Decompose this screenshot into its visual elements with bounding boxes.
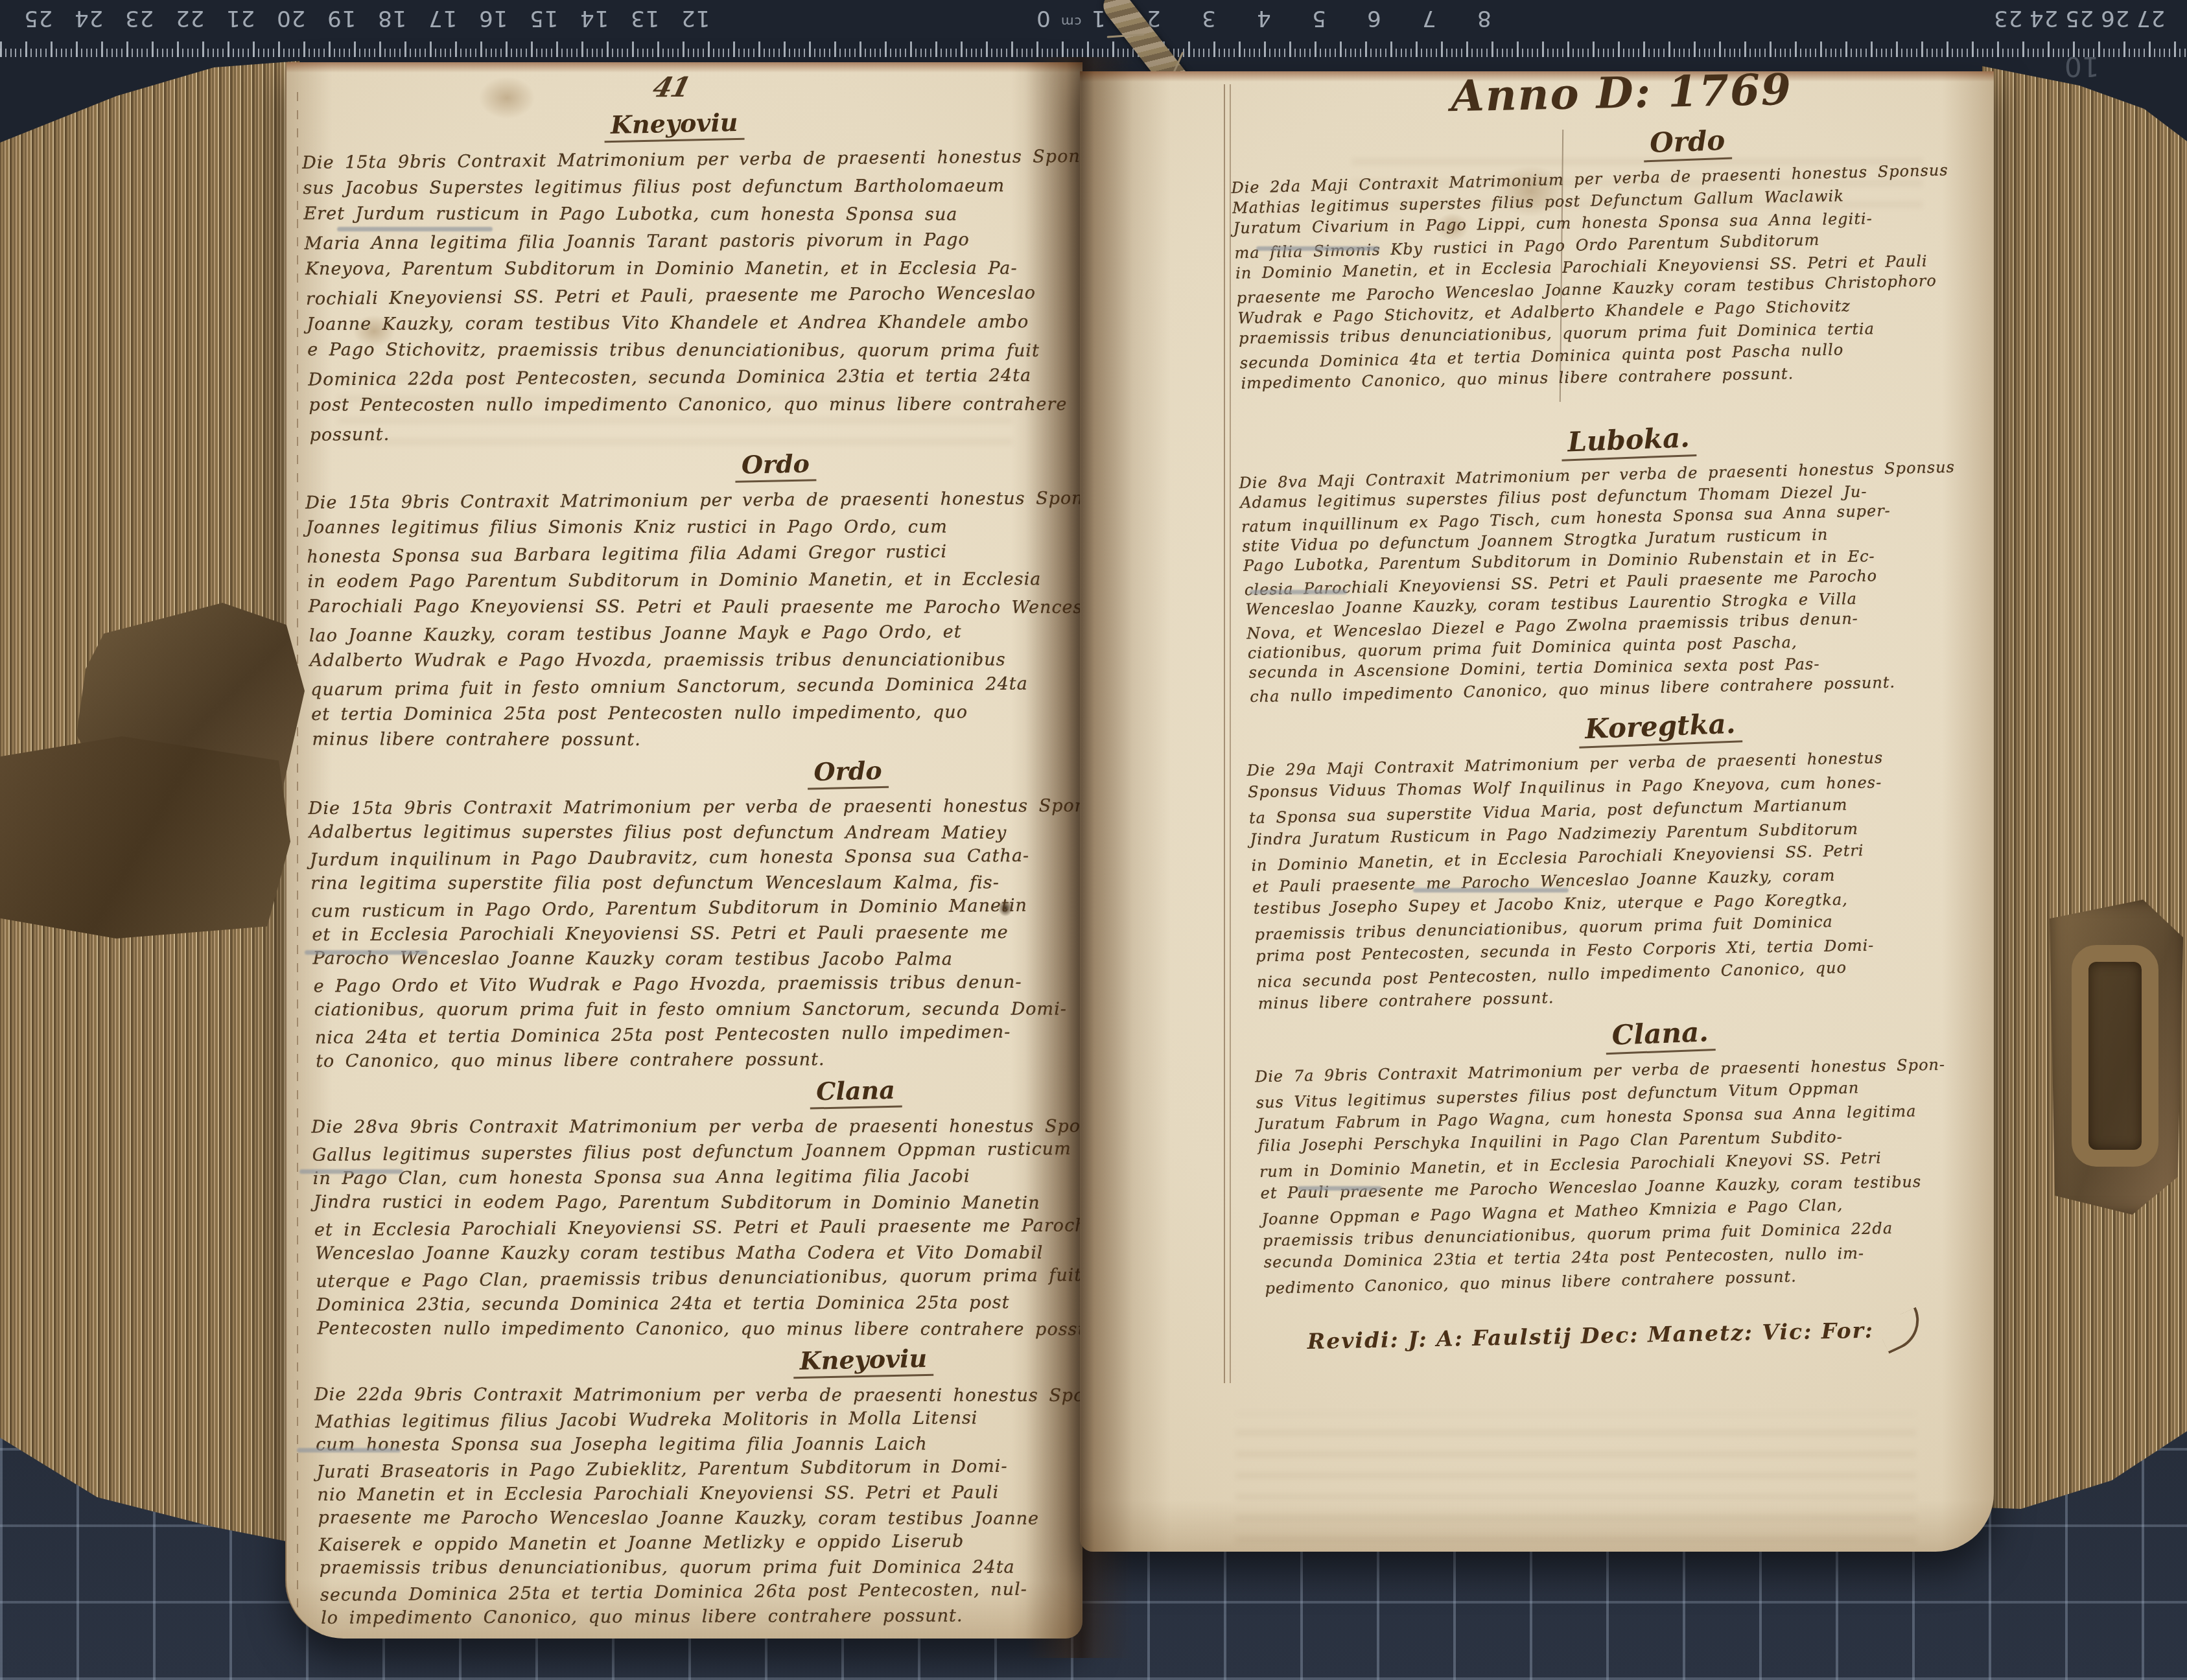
register-entry: OrdoDie 15ta 9bris Contraxit Matrimonium… (309, 756, 1066, 1074)
manuscript-line: nica 24ta et tertia Dominica 25ta post P… (315, 1019, 1071, 1051)
left-page-content: 41 KneyoviuDie 15ta 9bris Contraxit Matr… (306, 70, 1067, 1631)
ruler-number: 23 (1993, 5, 2022, 31)
manuscript-line: praesente me Parocho Wenceslao Joanne Ka… (318, 1506, 1074, 1532)
section-heading: Kneyoviu (793, 1344, 933, 1379)
manuscript-line: cum honesta Sponsa sua Josepha legitima … (316, 1432, 1071, 1457)
pencil-underline (299, 1169, 403, 1174)
manuscript-line: ciationibus, quorum prima fuit in festo … (314, 996, 1070, 1022)
ruler-number: 8 (1477, 5, 1491, 31)
section-heading: Clana. (1604, 1016, 1715, 1055)
ruler-number: 21 (226, 5, 255, 31)
ruler-number: 25 (2064, 5, 2094, 31)
section-heading: Clana (810, 1075, 902, 1110)
ruler-number: 25 (23, 5, 53, 31)
pencil-underline (297, 1448, 401, 1452)
register-entry: KneyoviuDie 15ta 9bris Contraxit Matrimo… (306, 108, 1063, 447)
manuscript-line: praemissis tribus denunciationibus, quor… (320, 1555, 1075, 1580)
ruler-number: 0 (1036, 5, 1051, 31)
manuscript-line: honesta Sponsa sua Barbara legitima fili… (307, 537, 1062, 570)
manuscript-line: possunt. (310, 415, 1066, 449)
manuscript-line: Parochiali Pago Kneyoviensi SS. Petri et… (309, 593, 1064, 621)
section-heading-row: Kneyoviu (306, 108, 1062, 143)
leather-strap (0, 736, 290, 939)
section-heading: Kneyoviu (603, 108, 744, 143)
ruler-number: 4 (1256, 5, 1271, 31)
pencil-underline (337, 227, 493, 231)
register-entry: KneyoviuDie 22da 9bris Contraxit Matrimo… (310, 1344, 1068, 1631)
photo-scanning-table: 2524232221201918171615141312012345678cm2… (0, 0, 2187, 1680)
ruler-number: 5 (1311, 5, 1326, 31)
manuscript-line: Dominica 22da post Pentecosten, secunda … (308, 362, 1064, 394)
manuscript-line: in eodem Pago Parentum Subditorum in Dom… (307, 566, 1063, 595)
ruler-number: 7 (1421, 5, 1436, 31)
manuscript-line: Mathias legitimus filius Jacobi Wudreka … (315, 1406, 1071, 1435)
ruler-number: 24 (74, 5, 103, 31)
manuscript-line: Pentecosten nullo impedimento Canonico, … (318, 1316, 1073, 1342)
manuscript-line: nio Manetin et in Ecclesia Parochiali Kn… (317, 1480, 1073, 1508)
manuscript-line: to Canonico, quo minus libere contrahere… (316, 1046, 1071, 1074)
manuscript-line: Adalberto Wudrak e Pago Hvozda, praemiss… (310, 646, 1066, 673)
manuscript-line: lao Joanne Kauzky, coram testibus Joanne… (309, 618, 1065, 649)
ruler-number: 26 (2100, 5, 2129, 31)
right-page-content: Anno D: 1769 OrdoDie 2da Maji Contraxit … (1233, 71, 1994, 1359)
ruler-number: 6 (1366, 5, 1381, 31)
pencil-underline (1298, 1186, 1382, 1191)
ruler-number: 22 (175, 5, 204, 31)
manuscript-line: Die 22da 9bris Contraxit Matrimonium per… (314, 1382, 1070, 1408)
manuscript-line: Joanne Kauzky, coram testibus Vito Khand… (307, 309, 1062, 338)
manuscript-line: Jurdum inquilinum in Pago Daubravitz, cu… (310, 843, 1066, 873)
ruler-number: 20 (276, 5, 305, 31)
manuscript-line: in Pago Clan, cum honesta Sponsa sua Ann… (313, 1163, 1069, 1191)
ruler: 2524232221201918171615141312012345678cm2… (0, 0, 2187, 62)
bleed-through-ghost-text (1235, 1413, 1916, 1543)
manuscript-line: Eret Jurdum rusticum in Pago Lubotka, cu… (304, 200, 1060, 229)
section-heading-row: Ordo (309, 756, 1064, 791)
section-heading: Koregtka. (1578, 707, 1742, 748)
register-entry: Koregtka.Die 29a Maji Contraxit Matrimon… (1246, 704, 1994, 1016)
section-heading: Ordo (735, 449, 817, 483)
section-heading-row: Clana. (1252, 1010, 1994, 1060)
manuscript-line: sus Jacobus Superstes legitimus filius p… (303, 172, 1058, 202)
manuscript-line: et in Ecclesia Parochiali Kneyoviensi SS… (312, 920, 1068, 948)
left-page-sections: KneyoviuDie 15ta 9bris Contraxit Matrimo… (306, 108, 1067, 1631)
register-entry: OrdoDie 15ta 9bris Contraxit Matrimonium… (307, 449, 1064, 754)
manuscript-line: minus libere contrahere possunt. (312, 726, 1068, 754)
manuscript-line: cum rusticum in Pago Ordo, Parentum Subd… (311, 892, 1067, 924)
ruler-number: 12 (681, 5, 710, 31)
ruler-number: 18 (377, 5, 406, 31)
manuscript-line: Adalbertus legitimus superstes filius po… (309, 819, 1065, 846)
manuscript-line: e Pago Ordo et Vito Wudrak e Pago Hvozda… (314, 970, 1070, 999)
ruler-number: 19 (327, 5, 356, 31)
manuscript-line: Kneyova, Parentum Subditorum in Dominio … (305, 255, 1061, 283)
signature-flourish-icon (1876, 1307, 1929, 1353)
signature-row: Revidi: J: A: Faulstij Dec: Manetz: Vic:… (1258, 1312, 1994, 1359)
manuscript-line: Dominica 23tia, secunda Dominica 24ta et… (316, 1290, 1072, 1318)
ruler-number: 13 (630, 5, 659, 31)
pencil-underline (1413, 888, 1569, 892)
pencil-underline (305, 950, 428, 955)
manuscript-line: Die 15ta 9bris Contraxit Matrimonium per… (305, 485, 1061, 517)
manuscript-line: Jindra rustici in eodem Pago, Parentum S… (314, 1189, 1070, 1216)
right-page-sections: OrdoDie 2da Maji Contraxit Matrimonium p… (1234, 120, 1994, 1300)
ruler-number: cm (1060, 14, 1081, 30)
manuscript-line: et tertia Dominica 25ta post Pentecosten… (311, 699, 1067, 728)
section-heading-row: Clana (309, 1075, 1065, 1110)
leather-clasp (2050, 900, 2183, 1215)
ruler-number: 16 (478, 5, 508, 31)
section-heading: Luboka. (1560, 421, 1696, 461)
pencil-underline (1250, 590, 1347, 594)
left-page: 41 KneyoviuDie 15ta 9bris Contraxit Matr… (285, 62, 1082, 1639)
ruler-number: 23 (124, 5, 154, 31)
open-book: 41 KneyoviuDie 15ta 9bris Contraxit Matr… (0, 57, 2187, 1632)
manuscript-line: Die 28va 9bris Contraxit Matrimonium per… (311, 1114, 1067, 1139)
manuscript-line: rochiali Kneyoviensi SS. Petri et Pauli,… (306, 279, 1062, 313)
ruler-ticks (0, 38, 2187, 57)
manuscript-line: Die 15ta 9bris Contraxit Matrimonium per… (302, 143, 1058, 177)
manuscript-line: post Pentecosten nullo impedimento Canon… (309, 391, 1065, 419)
folio-number: 41 (649, 70, 1066, 105)
section-heading-row: Ordo (307, 449, 1063, 484)
manuscript-line: et in Ecclesia Parochiali Kneyoviensi SS… (314, 1213, 1070, 1243)
manuscript-line: e Pago Stichovitz, praemissis tribus den… (307, 336, 1063, 365)
right-page: Anno D: 1769 OrdoDie 2da Maji Contraxit … (1080, 71, 1994, 1552)
section-heading: Ordo (808, 756, 889, 790)
page-block-right-edge (1982, 57, 2187, 1541)
ruler-number: 3 (1201, 5, 1216, 31)
ruler-number: 24 (2029, 5, 2058, 31)
ruler-number: 14 (579, 5, 609, 31)
pencil-underline (1256, 246, 1379, 251)
manuscript-line: uterque e Pago Clan, praemissis tribus d… (316, 1263, 1071, 1294)
margin-rule-icon (297, 92, 298, 1613)
manuscript-line: quarum prima fuit in festo omnium Sancto… (310, 670, 1066, 703)
section-heading: Ordo (1643, 124, 1732, 162)
section-heading-row: Kneyoviu (310, 1344, 1066, 1379)
margin-rule-icon (1224, 84, 1232, 1383)
manuscript-line: Die 15ta 9bris Contraxit Matrimonium per… (309, 793, 1064, 821)
manuscript-line: rina legitima superstite filia post defu… (310, 870, 1066, 896)
manuscript-line: lo impedimento Canonico, quo minus liber… (321, 1604, 1077, 1631)
register-entry: ClanaDie 28va 9bris Contraxit Matrimoniu… (309, 1075, 1066, 1343)
register-entry: Clana.Die 7a 9bris Contraxit Matrimonium… (1252, 1010, 1994, 1299)
manuscript-line: Joannes legitimus filius Simonis Kniz ru… (306, 513, 1062, 541)
inspector-signature: Revidi: J: A: Faulstij Dec: Manetz: Vic:… (1307, 1318, 1874, 1355)
ruler-number: 15 (529, 5, 558, 31)
register-entry: Luboka.Die 8va Maji Contraxit Matrimoniu… (1240, 417, 1994, 707)
ruler-number: 27 (2136, 5, 2165, 31)
register-entry: OrdoDie 2da Maji Contraxit Matrimonium p… (1234, 120, 1990, 395)
manuscript-line: Wenceslao Joanne Kauzky coram testibus M… (315, 1240, 1071, 1266)
manuscript-line: Gallus legitimus superstes filius post d… (312, 1136, 1068, 1168)
ruler-number: 17 (428, 5, 457, 31)
manuscript-line: Kaiserek e oppido Manetin et Joanne Metl… (319, 1528, 1075, 1557)
